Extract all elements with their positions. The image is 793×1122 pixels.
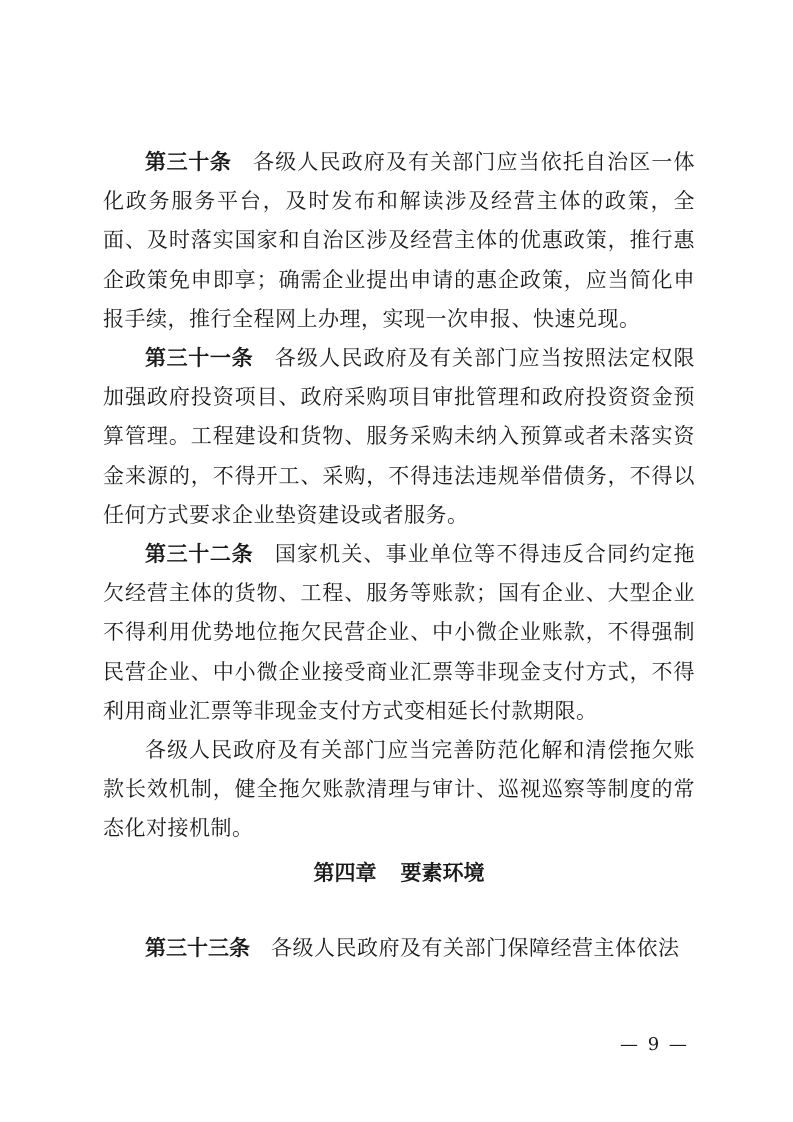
article-label: 第三十三条 [145, 936, 250, 960]
article-32: 第三十二条国家机关、事业单位等不得违反合同约定拖欠经营主体的货物、工程、服务等账… [103, 535, 695, 731]
article-label: 第三十条 [145, 150, 232, 174]
article-label: 第三十一条 [145, 346, 253, 370]
document-page-continued: 第三十三条各级人民政府及有关部门保障经营主体依法 [103, 929, 695, 968]
paragraph-text: 各级人民政府及有关部门应当完善防范化解和清偿拖欠账款长效机制，健全拖欠账款清理与… [103, 738, 695, 840]
chapter-number: 第四章 [314, 861, 377, 885]
chapter-heading: 第四章要素环境 [103, 857, 695, 887]
article-text: 国家机关、事业单位等不得违反合同约定拖欠经营主体的货物、工程、服务等账款；国有企… [103, 542, 695, 723]
article-32-paragraph-2: 各级人民政府及有关部门应当完善防范化解和清偿拖欠账款长效机制，健全拖欠账款清理与… [103, 731, 695, 849]
article-text: 各级人民政府及有关部门保障经营主体依法 [271, 936, 680, 960]
article-30: 第三十条各级人民政府及有关部门应当依托自治区一体化政务服务平台，及时发布和解读涉… [103, 143, 695, 339]
article-33: 第三十三条各级人民政府及有关部门保障经营主体依法 [103, 929, 695, 968]
page-number: — 9 — [620, 1034, 689, 1055]
article-label: 第三十二条 [145, 542, 253, 566]
article-31: 第三十一条各级人民政府及有关部门应当按照法定权限加强政府投资项目、政府采购项目审… [103, 339, 695, 535]
document-page: 第三十条各级人民政府及有关部门应当依托自治区一体化政务服务平台，及时发布和解读涉… [103, 143, 695, 849]
chapter-title: 要素环境 [401, 861, 485, 885]
article-text: 各级人民政府及有关部门应当依托自治区一体化政务服务平台，及时发布和解读涉及经营主… [103, 150, 695, 331]
article-text: 各级人民政府及有关部门应当按照法定权限加强政府投资项目、政府采购项目审批管理和政… [103, 346, 695, 527]
